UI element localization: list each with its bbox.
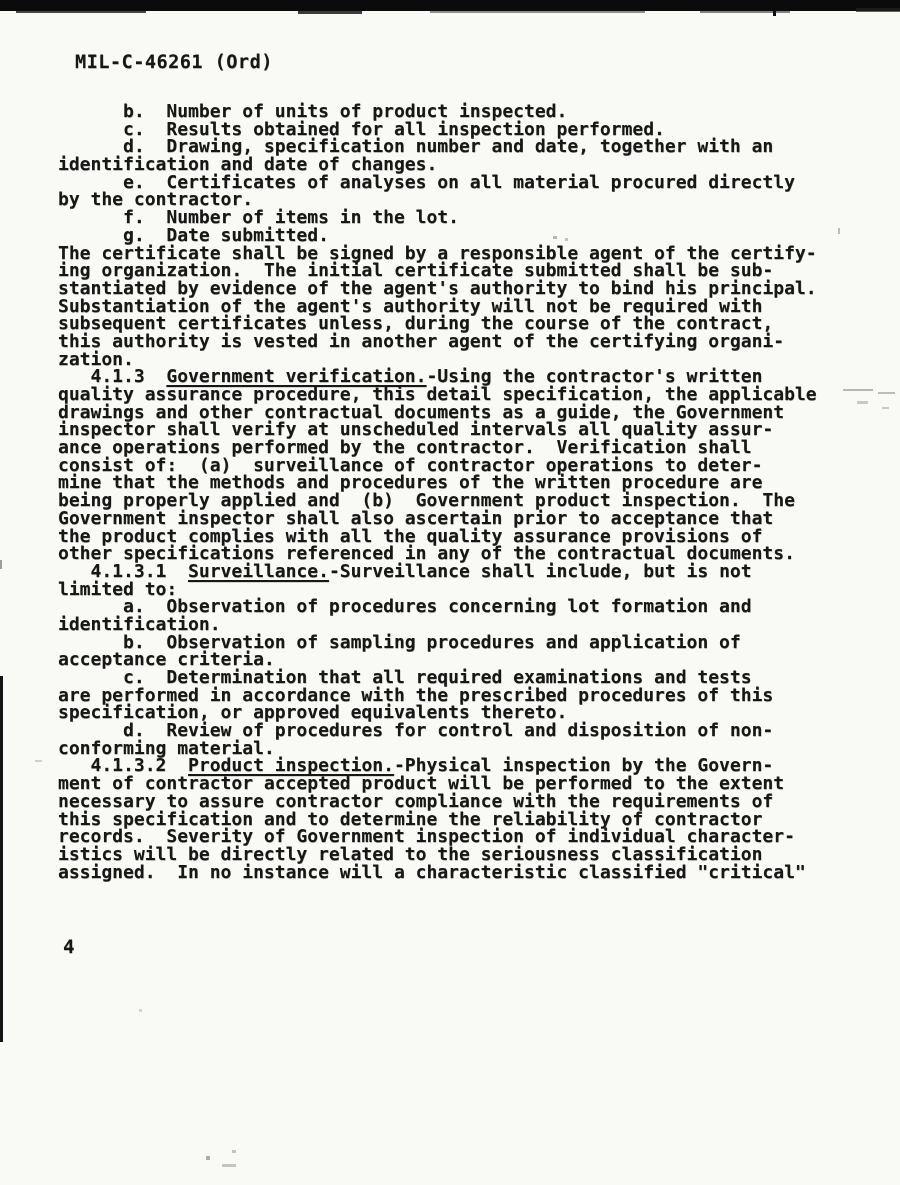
text-line: this authority is vested in another agen… [58,333,817,351]
scan-band-top [0,0,900,11]
scan-speck [222,1164,236,1167]
scan-band-ragged-edge [430,11,645,13]
scan-band-ragged-edge [700,11,790,13]
scanned-document-page: MIL-C-46261 (Ord) b. Number of units of … [0,0,900,1185]
scan-speck [838,228,840,234]
scan-edge-left-tip [0,560,2,569]
document-id-header: MIL-C-46261 (Ord) [75,52,273,73]
text-line: assigned. In no instance will a characte… [58,864,817,882]
scan-band-right-streak [856,8,900,12]
page-number: 4 [63,936,74,958]
document-body: b. Number of units of product inspected.… [58,103,817,881]
scan-speck [206,1156,210,1160]
scan-smudge [857,401,868,404]
scan-band-ragged-edge [16,11,146,13]
scan-smudge [878,392,895,394]
scan-speck [35,760,42,762]
scan-smudge [882,407,889,409]
scan-speck [139,1009,142,1012]
scan-speck [232,1150,236,1153]
scan-edge-left-line [0,676,3,1042]
scan-smudge [843,389,873,391]
scan-band-tick [773,0,776,16]
scan-band-ragged-edge [298,11,362,14]
